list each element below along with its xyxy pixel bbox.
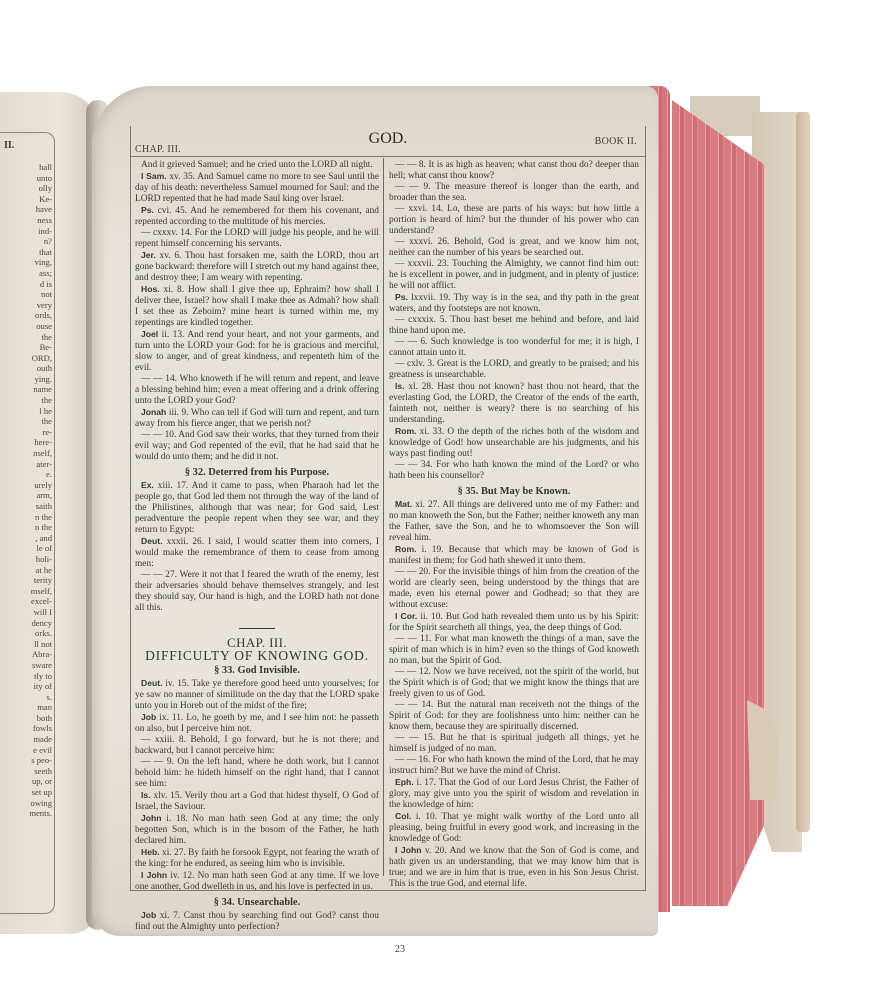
verse-paragraph: Ps. cvi. 45. And he remembered for them … [135,205,379,228]
chapter-title: DIFFICULTY OF KNOWING GOD. [135,650,379,661]
verse-paragraph: — — 14. Who knoweth if he will return an… [135,374,379,407]
text-fragment: urely [0,480,52,491]
text-fragment: ying. [0,374,52,385]
scripture-reference: Jonah [141,407,166,417]
column-divider [383,158,384,876]
text-fragment: olly [0,183,52,194]
scripture-reference: Eph. [395,777,414,787]
verse-paragraph: — — 9. The measure thereof is longer tha… [389,182,639,204]
left-page-text-fragments: halluntoollyKe-havenessind-n?thatving,as… [0,162,52,819]
text-fragment: ind- [0,226,52,237]
text-fragment: ords, [0,310,52,321]
book-cover-edge [796,112,810,832]
verse-paragraph: — — 15. But he that is spiritual judgeth… [389,733,639,755]
verse-paragraph: — xxiii. 8. Behold, I go forward, but he… [135,735,379,757]
verse-paragraph: — cxlv. 3. Great is the LORD, and greatl… [389,359,639,381]
text-fragment: set up [0,787,52,798]
scripture-reference: Deut. [141,536,162,546]
text-fragment: at he [0,565,52,576]
text-fragment: very [0,300,52,311]
text-fragment: both [0,713,52,724]
text-fragment: ments. [0,808,52,819]
verse-paragraph: Jonah iii. 9. Who can tell if God will t… [135,407,379,430]
verse-paragraph: Rom. i. 19. Because that which may be kn… [389,544,639,567]
text-fragment: ity of [0,681,52,692]
verse-paragraph: John i. 18. No man hath seen God at any … [135,813,379,847]
verse-paragraph: Rom. xi. 33. O the depth of the riches b… [389,426,639,460]
text-column-right: — — 8. It is as high as heaven; what can… [389,160,639,890]
header-rule [131,156,645,157]
running-head-book: BOOK II. [595,136,637,147]
text-fragment: will I [0,607,52,618]
text-fragment: s. [0,692,52,703]
text-fragment: mself, [0,586,52,597]
text-fragment: nself, [0,448,52,459]
scripture-reference: Rom. [395,544,416,554]
verse-paragraph: — cxxxv. 14. For the LORD will judge his… [135,228,379,250]
page-frame: CHAP. III. GOD. BOOK II. And it grieved … [130,126,646,891]
verse-paragraph: And it grieved Samuel; and he cried unto… [135,160,379,171]
verse-paragraph: Mat. xi. 27. All things are delivered un… [389,499,639,544]
text-fragment: n the [0,522,52,533]
scripture-reference: I Cor. [395,611,417,621]
scripture-reference: Ps. [141,205,154,215]
verse-paragraph: — — 9. On the left hand, where he doth w… [135,757,379,790]
text-fragment: fowls [0,723,52,734]
text-fragment: ness [0,215,52,226]
section-heading: § 34. Unsearchable. [135,897,379,908]
verse-paragraph: Col. i. 10. That ye might walk worthy of… [389,811,639,845]
scripture-reference: John [141,813,162,823]
text-fragment: have [0,204,52,215]
text-fragment: excel- [0,596,52,607]
verse-paragraph: Is. xlv. 15. Verily thou art a God that … [135,790,379,813]
text-fragment: Abra- [0,649,52,660]
section-rule [239,628,275,629]
scripture-reference: I Sam. [141,171,167,181]
verse-paragraph: Hos. xi. 8. How shall I give thee up, Ep… [135,284,379,329]
text-fragment: re- [0,427,52,438]
text-fragment: arm, [0,490,52,501]
scripture-reference: Deut. [141,678,162,688]
text-fragment: s peo- [0,755,52,766]
scripture-reference: Ps. [395,292,408,302]
text-fragment: ORD, [0,353,52,364]
verse-paragraph: — — 14. But the natural man receiveth no… [389,700,639,733]
scripture-reference: Hos. [141,284,160,294]
text-fragment: sware [0,660,52,671]
scripture-reference: I John [395,845,421,855]
text-fragment: ass; [0,268,52,279]
text-fragment: , and [0,533,52,544]
text-fragment: made [0,734,52,745]
verse-paragraph: I John v. 20. And we know that the Son o… [389,845,639,890]
text-fragment: d is [0,279,52,290]
scripture-reference: Is. [141,790,151,800]
text-fragment: n? [0,236,52,247]
text-fragment: hall [0,162,52,173]
verse-paragraph: I Sam. xv. 35. And Samuel came no more t… [135,171,379,205]
text-fragment: outh [0,363,52,374]
verse-paragraph: Heb. xi. 27. By faith he forsook Egypt, … [135,847,379,870]
text-fragment: e. [0,469,52,480]
section-heading: § 35. But May be Known. [389,486,639,497]
text-fragment: up, or [0,776,52,787]
verse-paragraph: — — 12. Now we have received, not the sp… [389,667,639,700]
verse-paragraph: — xxxvii. 23. Touching the Almighty, we … [389,259,639,292]
text-fragment: l he [0,406,52,417]
section-heading: § 33. God Invisible. [135,665,379,676]
text-fragment: ving, [0,257,52,268]
text-fragment: ll not [0,639,52,650]
text-fragment: le of [0,543,52,554]
verse-paragraph: I John iv. 12. No man hath seen God at a… [135,870,379,893]
section-heading: § 32. Deterred from his Purpose. [135,467,379,478]
text-fragment: orks. [0,628,52,639]
text-fragment: unto [0,173,52,184]
verse-paragraph: Deut. iv. 15. Take ye therefore good hee… [135,678,379,712]
verse-paragraph: — xxxvi. 26. Behold, God is great, and w… [389,237,639,259]
text-fragment: terity [0,575,52,586]
verse-paragraph: — xxvi. 14. Lo, these are parts of his w… [389,204,639,237]
verse-paragraph: Ps. lxxvii. 19. Thy way is in the sea, a… [389,292,639,315]
scripture-reference: Job [141,910,156,920]
chapter-number: CHAP. III. [135,637,379,648]
verse-paragraph: Job xi. 7. Canst thou by searching find … [135,910,379,933]
page-number: 23 [395,944,405,955]
running-head-title: GOD. [131,130,645,148]
scripture-reference: Rom. [395,426,416,436]
verse-paragraph: — — 11. For what man knoweth the things … [389,634,639,667]
scripture-reference: Job [141,712,156,722]
verse-paragraph: — — 6. Such knowledge is too wonderful f… [389,337,639,359]
text-fragment: owing [0,798,52,809]
verse-paragraph: Jer. xv. 6. Thou hast forsaken me, saith… [135,250,379,284]
text-fragment: the [0,395,52,406]
text-fragment: seeth [0,766,52,777]
scripture-reference: Joel [141,329,158,339]
scripture-reference: Heb. [141,847,160,857]
text-fragment: the [0,416,52,427]
left-page-header: II. [4,140,14,151]
verse-paragraph: I Cor. ii. 10. But God hath revealed the… [389,611,639,634]
verse-paragraph: — — 27. Were it not that I feared the wr… [135,570,379,614]
text-fragment: dency [0,618,52,629]
text-fragment: man [0,702,52,713]
text-fragment: ater- [0,459,52,470]
left-page: II. halluntoollyKe-havenessind-n?thatvin… [0,92,100,934]
verse-paragraph: — — 34. For who hath known the mind of t… [389,460,639,482]
running-head: CHAP. III. GOD. BOOK II. [131,130,645,156]
verse-paragraph: — — 10. And God saw their works, that th… [135,430,379,463]
text-fragment: tly to [0,671,52,682]
text-fragment: that [0,247,52,258]
verse-paragraph: — — 20. For the invisible things of him … [389,567,639,611]
text-fragment: the [0,332,52,343]
text-column-left: And it grieved Samuel; and he cried unto… [135,160,379,933]
verse-paragraph: Deut. xxxii. 26. I said, I would scatter… [135,536,379,570]
verse-paragraph: — — 16. For who hath known the mind of t… [389,755,639,777]
verse-paragraph: Is. xl. 28. Hast thou not known? hast th… [389,381,639,426]
text-fragment: n the [0,512,52,523]
text-fragment: not [0,289,52,300]
text-fragment: holi- [0,554,52,565]
scripture-reference: Ex. [141,480,154,490]
verse-paragraph: — — 8. It is as high as heaven; what can… [389,160,639,182]
verse-paragraph: Ex. xiii. 17. And it came to pass, when … [135,480,379,536]
text-fragment: saith [0,501,52,512]
text-fragment: ouse [0,321,52,332]
verse-paragraph: Eph. i. 17. That the God of our Lord Jes… [389,777,639,811]
verse-paragraph: Joel ii. 13. And rend your heart, and no… [135,329,379,374]
text-fragment: e evil [0,745,52,756]
verse-paragraph: — cxxxix. 5. Thou hast beset me behind a… [389,315,639,337]
scripture-reference: Jer. [141,250,156,260]
book-photo: II. halluntoollyKe-havenessind-n?thatvin… [0,0,876,1000]
verse-paragraph: Job ix. 11. Lo, he goeth by me, and I se… [135,712,379,735]
scripture-reference: Is. [395,381,405,391]
scripture-reference: Mat. [395,499,412,509]
text-fragment: name [0,384,52,395]
right-page: CHAP. III. GOD. BOOK II. And it grieved … [92,86,658,936]
scripture-reference: I John [141,870,167,880]
text-fragment: Be- [0,342,52,353]
text-fragment: Ke- [0,194,52,205]
scripture-reference: Col. [395,811,411,821]
text-fragment: here- [0,437,52,448]
